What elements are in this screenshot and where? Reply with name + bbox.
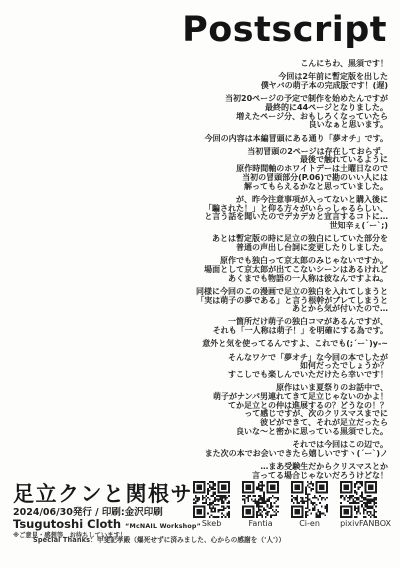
qr-label: Skeb [193,519,230,528]
qr-item: Fantia [242,481,279,528]
page-title: Postscript [182,10,387,50]
postscript-paragraph: 同様に今回のこの漫画で足立の独白を入れてしまうと 「実は萌子の夢である」と言う根… [48,288,388,314]
postscript-paragraph: 当初冒頭の2ページは存在しておらず、 最後で触れているように 原作時間軸のホワイ… [48,148,388,192]
circle-name: Tsugutoshi Cloth [13,517,121,531]
postscript-paragraph: …まあ受験生だからクリスマスとか 言ってる場合じゃないだろうけどな！ [48,463,388,480]
qr-item: Skeb [193,481,230,528]
postscript-body: こんにちわ、黒須です！今回は2年前に暫定版を出した 僕ヤバの萌子本の完成版です！… [48,60,388,485]
qr-label: pixivFANBOX [340,519,391,528]
qr-label: Ci-en [291,519,328,528]
qr-item: Ci-en [291,481,328,528]
qr-label: Fantia [242,519,279,528]
author-line: Tsugutoshi Cloth “McNAIL Workshop” [13,518,214,531]
postscript-paragraph: が、昨今注意事項が入ってないと購入後に 「騙された！」と仰る方々がいらっしゃるら… [48,196,388,231]
special-thanks: Special Thanks：甲斐記孝殿（爆死せずに済みました、心からの感謝を（… [33,534,285,544]
postscript-paragraph: 原作はいま夏祭りのお話中で、 萌子がナンパ男連れてきて足立じゃないのかよ！ てか… [48,384,388,436]
postscript-paragraph: 一箇所だけ萌子の独白コマがあるんですが、 それも「一人称は萌子！」を明確にする為… [48,318,388,335]
postscript-paragraph: それでは今回はこの辺で。 また次の本でお会いできたら嬉しいですヽ(´ー`)ノ [48,441,388,458]
postscript-page: Postscript こんにちわ、黒須です！今回は2年前に暫定版を出した 僕ヤバ… [0,0,400,568]
postscript-paragraph: 今回の内容は本編冒頭にある通り「夢オチ」です。 [48,135,388,144]
postscript-paragraph: 原作でも独白って京太郎のみじゃないですか。 場面として京太郎が出てこないシーンは… [48,257,388,283]
qr-code-icon [193,481,230,518]
qr-code-icon [291,481,328,518]
postscript-paragraph: 今回は2年前に暫定版を出した 僕ヤバの萌子本の完成版です！(遅) [48,73,388,90]
qr-code-icon [340,481,377,518]
postscript-paragraph: 当初20ページの予定で制作を始めたんですが 最終的に44ページとなりました。 増… [48,95,388,130]
colophon: 足立クンと関根サン 2024/06/30発行 / 印刷:金沢印刷 Tsuguto… [13,483,214,539]
postscript-paragraph: 意外と気を使ってるんですよ、これでも(;´ー`)y-~ [48,340,388,349]
qr-item: pixivFANBOX [340,481,391,528]
qr-links-row: SkebFantiaCi-enpixivFANBOX [193,481,391,528]
postscript-paragraph: あとは暫定版の時に足立の独白にしていた部分を 普通の声出し台詞に変更したりしまし… [48,235,388,252]
qr-code-icon [242,481,279,518]
workshop-name: “McNAIL Workshop” [125,523,201,530]
postscript-paragraph: こんにちわ、黒須です！ [48,60,388,69]
book-title: 足立クンと関根サン [13,483,214,507]
postscript-paragraph: そんなワケで「夢オチ」な今回の本でしたが 如何だったでしょうか？ すこしでも楽し… [48,354,388,380]
